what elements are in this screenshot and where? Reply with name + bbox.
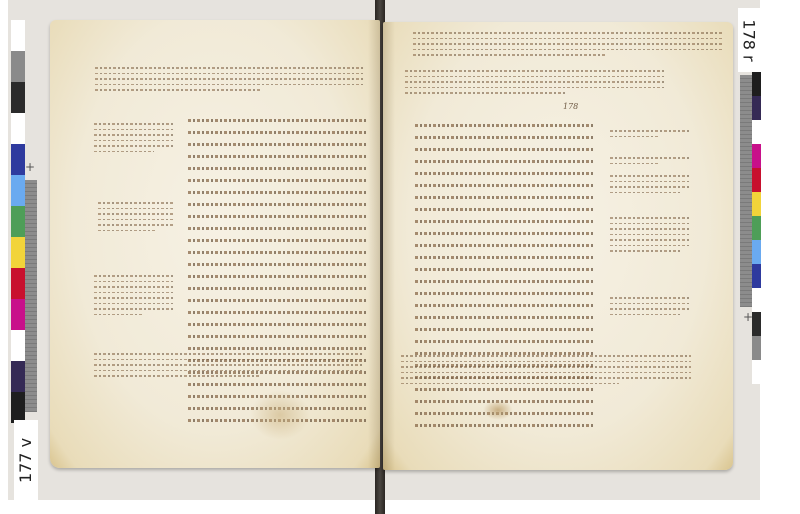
manuscript-text-line (415, 328, 595, 331)
manuscript-text-line (401, 377, 691, 379)
left-folio-label-text: 177 v (17, 437, 36, 482)
manuscript-text-line (94, 145, 174, 147)
ink-blot (483, 400, 513, 420)
manuscript-text-line (610, 175, 690, 177)
manuscript-text-line (401, 372, 691, 374)
manuscript-text-line (610, 223, 690, 225)
manuscript-text-line (94, 370, 362, 372)
manuscript-text-line (188, 263, 368, 266)
color-swatch (752, 120, 761, 144)
left-crosshair-icon: + (25, 160, 35, 174)
manuscript-text-line (98, 219, 174, 221)
color-swatch (752, 192, 761, 216)
manuscript-text-line (188, 143, 368, 146)
manuscript-text-line (610, 245, 690, 247)
manuscript-text-line (188, 347, 368, 350)
color-swatch (752, 168, 761, 192)
manuscript-text-line (413, 54, 605, 56)
manuscript-text-line (94, 375, 260, 377)
manuscript-text-line (401, 361, 691, 363)
manuscript-text-line (94, 129, 174, 131)
manuscript-text-line (188, 227, 368, 230)
manuscript-text-line (94, 286, 174, 288)
manuscript-text-line (98, 224, 174, 226)
manuscript-text-line (95, 73, 365, 75)
manuscript-text-line (610, 186, 690, 188)
color-swatch (11, 268, 25, 299)
color-swatch (752, 312, 761, 336)
manuscript-text-line (610, 314, 681, 316)
manuscript-text-line (188, 323, 368, 326)
color-swatch (11, 206, 25, 237)
manuscript-text-line (610, 163, 660, 165)
manuscript-text-line (94, 134, 174, 136)
manuscript-text-line (415, 424, 595, 427)
manuscript-text-line (94, 151, 154, 153)
left-main-text (188, 119, 368, 431)
manuscript-text-line (415, 232, 595, 235)
manuscript-text-line (188, 299, 368, 302)
manuscript-text-line (610, 217, 690, 219)
color-swatch (752, 336, 761, 360)
manuscript-text-line (188, 335, 368, 338)
manuscript-text-line (188, 191, 368, 194)
right-scholion-2 (610, 157, 690, 168)
manuscript-text-line (415, 340, 595, 343)
manuscript-text-line (610, 192, 681, 194)
manuscript-text-line (610, 181, 690, 183)
manuscript-text-line (415, 148, 595, 151)
right-top-commentary-sub (405, 70, 665, 98)
right-top-commentary (413, 32, 723, 60)
manuscript-text-line (415, 124, 595, 127)
color-swatch (752, 216, 761, 240)
color-swatch (11, 330, 25, 361)
manuscript-text-line (415, 136, 595, 139)
color-swatch (11, 144, 25, 175)
manuscript-text-line (188, 131, 368, 134)
manuscript-text-line (94, 140, 174, 142)
manuscript-text-line (94, 359, 362, 361)
color-swatch (11, 299, 25, 330)
left-scholion-2 (98, 202, 174, 235)
left-top-commentary (95, 67, 365, 95)
right-folio-label: 178 r (738, 8, 760, 72)
color-swatch (752, 288, 761, 312)
manuscript-text-line (401, 366, 691, 368)
water-stain (250, 390, 310, 440)
manuscript-text-line (188, 119, 368, 122)
manuscript-text-line (94, 123, 174, 125)
manuscript-text-line (188, 179, 368, 182)
manuscript-text-line (405, 87, 665, 89)
manuscript-text-line (94, 281, 174, 283)
manuscript-text-line (413, 38, 723, 40)
manuscript-text-line (610, 130, 690, 132)
manuscript-text-line (98, 230, 155, 232)
manuscript-text-line (94, 297, 174, 299)
manuscript-text-line (188, 311, 368, 314)
manuscript-text-line (95, 78, 365, 80)
manuscript-text-line (415, 256, 595, 259)
manuscript-text-line (94, 308, 174, 310)
color-swatch (11, 361, 25, 392)
manuscript-text-line (188, 287, 368, 290)
color-swatch (752, 72, 761, 96)
manuscript-text-line (610, 234, 690, 236)
left-page-177v (50, 20, 380, 468)
color-swatch (11, 175, 25, 206)
manuscript-text-line (610, 228, 690, 230)
manuscript-text-line (188, 203, 368, 206)
manuscript-text-line (94, 364, 362, 366)
manuscript-text-line (98, 213, 174, 215)
manuscript-text-line (188, 239, 368, 242)
manuscript-text-line (415, 184, 595, 187)
manuscript-text-line (415, 196, 595, 199)
right-scholion-5 (610, 297, 690, 319)
color-swatch (752, 360, 761, 384)
manuscript-text-line (188, 167, 368, 170)
manuscript-text-line (415, 208, 595, 211)
left-folio-label: 177 v (14, 420, 38, 500)
manuscript-text-line (188, 275, 368, 278)
manuscript-text-line (94, 353, 362, 355)
manuscript-text-line (415, 160, 595, 163)
color-swatch (11, 51, 25, 82)
right-folio-label-text: 178 r (740, 19, 759, 61)
right-scholion-3 (610, 175, 690, 197)
left-color-target (11, 20, 25, 423)
manuscript-text-line (405, 81, 665, 83)
manuscript-text-line (415, 388, 595, 391)
color-swatch (752, 144, 761, 168)
manuscript-text-line (188, 251, 368, 254)
left-scholion-1 (94, 123, 174, 156)
manuscript-text-line (94, 292, 174, 294)
manuscript-text-line (405, 76, 665, 78)
manuscript-text-line (610, 308, 690, 310)
right-bottom-commentary (401, 355, 691, 388)
color-swatch (11, 237, 25, 268)
manuscript-text-line (188, 155, 368, 158)
manuscript-text-line (610, 136, 660, 138)
manuscript-text-line (94, 314, 143, 316)
manuscript-text-line (415, 268, 595, 271)
manuscript-text-line (188, 383, 368, 386)
color-swatch (11, 113, 25, 144)
left-bottom-commentary (94, 353, 362, 381)
color-swatch (752, 240, 761, 264)
color-swatch (11, 20, 25, 51)
manuscript-text-line (610, 157, 690, 159)
manuscript-text-line (95, 84, 365, 86)
manuscript-text-line (188, 215, 368, 218)
manuscript-text-line (95, 89, 262, 91)
right-scholion-1 (610, 130, 690, 141)
manuscript-text-line (95, 67, 365, 69)
manuscript-text-line (401, 355, 691, 357)
manuscript-text-line (94, 303, 174, 305)
manuscript-text-line (94, 275, 174, 277)
manuscript-text-line (610, 239, 690, 241)
manuscript-text-line (98, 202, 174, 204)
right-ruler (740, 75, 752, 307)
manuscript-text-line (415, 292, 595, 295)
manuscript-text-line (401, 383, 619, 385)
manuscript-text-line (413, 49, 723, 51)
manuscript-text-line (405, 92, 566, 94)
manuscript-text-line (610, 297, 690, 299)
left-ruler (25, 180, 37, 412)
right-scholion-4 (610, 217, 690, 256)
manuscript-text-line (415, 220, 595, 223)
right-main-text (415, 124, 595, 436)
manuscript-text-line (413, 43, 723, 45)
color-swatch (752, 264, 761, 288)
manuscript-text-line (610, 303, 690, 305)
manuscript-text-line (405, 70, 665, 72)
manuscript-text-line (415, 304, 595, 307)
manuscript-text-line (415, 316, 595, 319)
color-swatch (11, 392, 25, 423)
color-swatch (752, 96, 761, 120)
manuscript-text-line (413, 32, 723, 34)
right-color-target (752, 72, 761, 384)
manuscript-text-line (415, 172, 595, 175)
manuscript-text-line (415, 280, 595, 283)
right-crosshair-icon: + (743, 310, 753, 324)
manuscript-text-line (98, 208, 174, 210)
manuscript-text-line (415, 244, 595, 247)
right-page-178r: 178 (383, 22, 733, 470)
right-page-number: 178 (563, 102, 578, 111)
left-scholion-3 (94, 275, 174, 319)
color-swatch (11, 82, 25, 113)
manuscript-text-line (610, 250, 680, 252)
